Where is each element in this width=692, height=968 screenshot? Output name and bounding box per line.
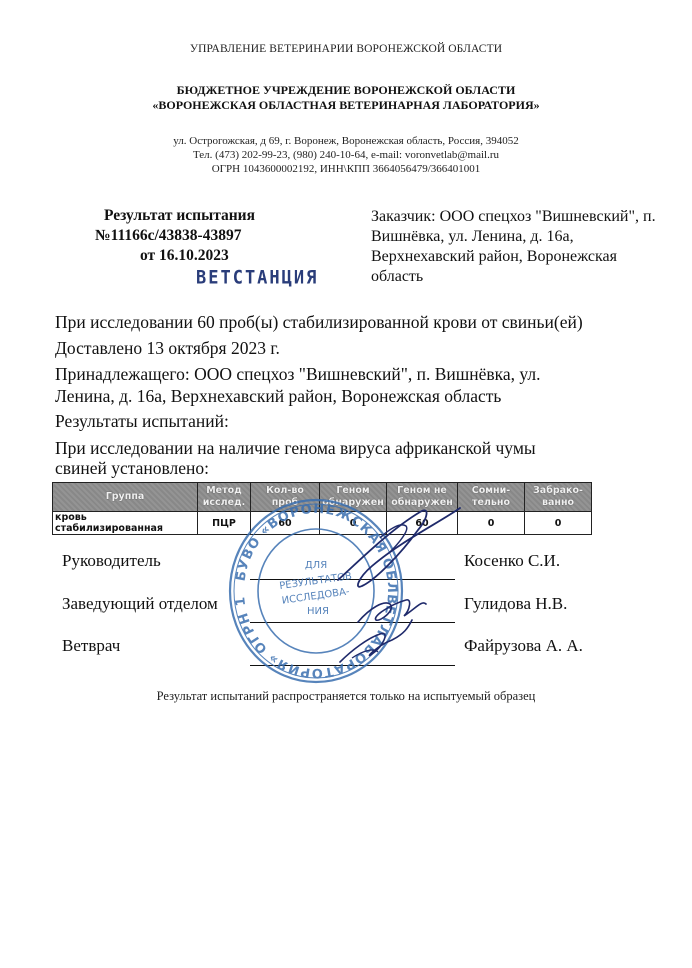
handwritten-signature-icon (280, 500, 510, 680)
organization-name-line2: «ВОРОНЕЖСКАЯ ОБЛАСТНАЯ ВЕТЕРИНАРНАЯ ЛАБО… (0, 98, 692, 113)
findings-line2: свиней установлено: (55, 457, 209, 479)
findings-line1: При исследовании на наличие генома вирус… (55, 437, 536, 459)
result-heading: Результат испытания №11166с/43838-43897 … (95, 206, 285, 266)
organization-address: ул. Острогожская, д 69, г. Воронеж, Воро… (0, 135, 692, 147)
header-text: Сомни- (472, 485, 510, 496)
result-number: №11166с/43838-43897 (95, 226, 285, 246)
header-text: Метод (206, 485, 242, 496)
customer-info: Заказчик: ООО спецхоз "Вишневский", п. В… (371, 207, 671, 287)
cell-group: кровь стабилизированная (53, 512, 198, 535)
header-text: Забрако- (533, 485, 583, 496)
results-heading: Результаты испытаний: (55, 410, 229, 432)
column-header-rejected: Забрако- ванно (525, 483, 592, 512)
organization-contacts: Тел. (473) 202-99-23, (980) 240-10-64, e… (0, 149, 692, 161)
column-header-group: Группа (53, 483, 198, 512)
footer-disclaimer: Результат испытаний распространяется тол… (0, 689, 692, 704)
ministry-title: УПРАВЛЕНИЕ ВЕТЕРИНАРИИ ВОРОНЕЖСКОЙ ОБЛАС… (0, 43, 692, 55)
organization-registration: ОГРН 1043600002192, ИНН\КПП 3664056479/3… (0, 163, 692, 175)
delivery-date: Доставлено 13 октября 2023 г. (55, 337, 280, 359)
owner-line2: Ленина, д. 16а, Верхнехавский район, Вор… (55, 385, 501, 407)
header-text: Группа (106, 491, 145, 502)
organization-name-line1: БЮДЖЕТНОЕ УЧРЕЖДЕНИЕ ВОРОНЕЖСКОЙ ОБЛАСТИ (0, 83, 692, 98)
signature-role-vet: Ветврач (62, 636, 120, 656)
result-title: Результат испытания (95, 206, 285, 226)
signature-role-head: Руководитель (62, 551, 161, 571)
owner-line1: Принадлежащего: ООО спецхоз "Вишневский"… (55, 363, 541, 385)
header-text: Геном (336, 485, 369, 496)
header-text: ванно (542, 497, 574, 508)
cell-rejected: 0 (525, 512, 592, 535)
signature-role-department: Заведующий отделом (62, 594, 218, 614)
station-stamp: ВЕТСТАНЦИЯ (196, 267, 318, 289)
result-date: от 16.10.2023 (95, 246, 285, 266)
samples-description: При исследовании 60 проб(ы) стабилизиров… (55, 311, 583, 333)
header-text: Геном не (397, 485, 447, 496)
